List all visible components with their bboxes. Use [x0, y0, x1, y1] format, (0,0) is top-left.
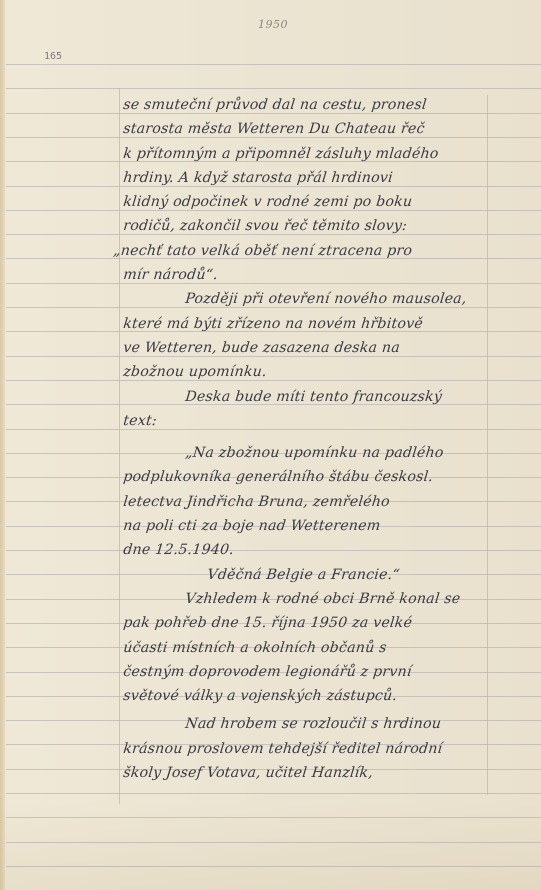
ruled-line — [6, 64, 541, 65]
page-number: 165 — [44, 51, 62, 62]
text-line: dne 12.5.1940. — [122, 538, 497, 562]
paragraph-start-line: Vzhledem k rodné obci Brně konal se — [122, 587, 497, 611]
paragraph-start-line: Nad hrobem se rozloučil s hrdinou — [122, 712, 497, 736]
quote-end-line: Vděčná Belgie a Francie.“ — [122, 563, 497, 587]
text-line: se smuteční průvod dal na cestu, pronesl — [122, 93, 497, 117]
text-line: podplukovníka generálního štábu českosl. — [122, 465, 497, 489]
text-line: hrdiny. A když starosta přál hrdinovi — [122, 166, 497, 190]
text-line: školy Josef Votava, učitel Hanzlík, — [122, 761, 497, 785]
page-year-heading: 1950 — [258, 18, 288, 31]
text-line: zbožnou upomínku. — [122, 360, 497, 384]
text-line: rodičů, zakončil svou řeč těmito slovy: — [122, 214, 497, 238]
ledger-page: 1950 165 se smuteční průvod dal na cestu… — [0, 0, 541, 890]
text-line: účasti místních a okolních občanů s — [122, 636, 497, 660]
ruled-line — [6, 793, 541, 794]
text-line: klidný odpočinek v rodné zemi po boku — [122, 190, 497, 214]
page-binding-edge — [0, 0, 5, 890]
quote-start-line: „Na zbožnou upomínku na padlého — [122, 441, 497, 465]
text-line: letectva Jindřicha Bruna, zemřelého — [122, 490, 497, 514]
text-line: světové války a vojenských zástupců. — [122, 684, 497, 708]
text-line: na poli cti za boje nad Wetterenem — [122, 514, 497, 538]
text-line: krásnou proslovem tehdejší ředitel národ… — [122, 737, 497, 761]
handwritten-text-block: se smuteční průvod dal na cestu, pronesl… — [122, 93, 494, 785]
left-margin-line — [119, 88, 120, 804]
text-line: čestným doprovodem legionářů z první — [122, 660, 497, 684]
text-line: starosta města Wetteren Du Chateau řeč — [122, 117, 497, 141]
text-line: text: — [122, 409, 497, 433]
text-line: mír národů“. — [122, 263, 497, 287]
text-line: ve Wetteren, bude zasazena deska na — [122, 336, 497, 360]
text-line: „nechť tato velká oběť není ztracena pro — [112, 239, 497, 263]
ruled-line — [6, 88, 541, 89]
ruled-line — [6, 817, 541, 818]
ruled-line — [6, 842, 541, 843]
ruled-line — [6, 866, 541, 867]
text-line: pak pohřeb dne 15. října 1950 za velké — [122, 611, 497, 635]
paragraph-start-line: Později při otevření nového mausolea, — [122, 287, 497, 311]
text-line: které má býti zřízeno na novém hřbitově — [122, 312, 497, 336]
paragraph-start-line: Deska bude míti tento francouzský — [122, 385, 497, 409]
text-line: k přítomným a připomněl zásluhy mladého — [122, 142, 497, 166]
